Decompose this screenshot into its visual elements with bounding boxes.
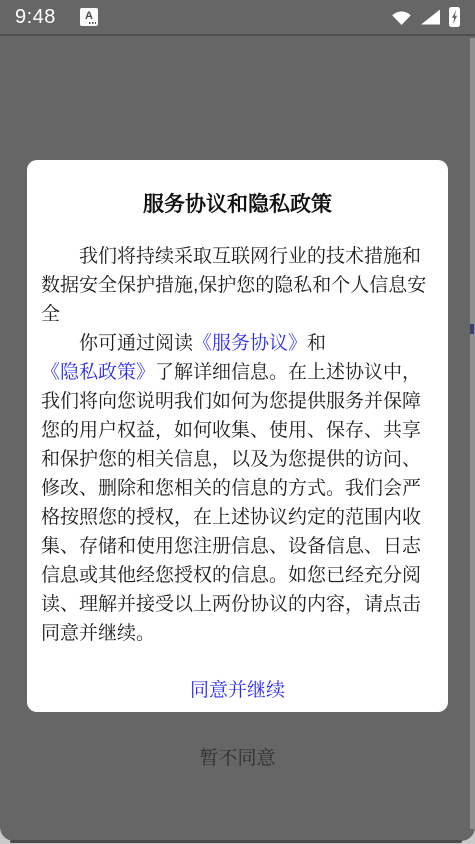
dialog-body: 我们将持续采取互联网行业的技术措施和数据安全保护措施,保护您的隐私和个人信息安全… (41, 242, 434, 648)
service-agreement-link[interactable]: 《服务协议》 (193, 333, 307, 354)
status-bar-right-icons (391, 7, 460, 27)
status-bar: 9:48 A (0, 0, 475, 36)
paragraph-security: 我们将持续采取互联网行业的技术措施和数据安全保护措施,保护您的隐私和个人信息安全 (41, 242, 434, 329)
phone-screen: 9:48 A 服务协议和 (0, 0, 475, 844)
app-notification-icon: A (80, 8, 98, 26)
paragraph2-prefix: 你可通过阅读 (79, 333, 193, 354)
notification-letter: A (85, 11, 93, 22)
background-content-artifact (470, 324, 474, 334)
wifi-icon (391, 9, 412, 26)
paragraph-details: 你可通过阅读《服务协议》和《隐私政策》了解详细信息。在上述协议中，我们将向您说明… (41, 329, 434, 648)
paragraph2-and: 和 (307, 333, 326, 354)
privacy-policy-dialog: 服务协议和隐私政策 我们将持续采取互联网行业的技术措施和数据安全保护措施,保护您… (27, 160, 448, 712)
disagree-button[interactable]: 暂不同意 (41, 743, 434, 770)
bottom-edge-line (10, 840, 462, 843)
dialog-title: 服务协议和隐私政策 (41, 188, 434, 218)
cellular-signal-icon (421, 10, 440, 25)
battery-charging-icon (449, 7, 460, 27)
privacy-policy-link[interactable]: 《隐私政策》 (41, 362, 155, 383)
notification-dots (89, 22, 96, 24)
agree-continue-button[interactable]: 同意并继续 (41, 675, 434, 702)
paragraph2-rest: 了解详细信息。在上述协议中，我们将向您说明我们如何为您提供服务并保障您的用户权益… (41, 362, 421, 644)
dimmed-app-background: 9:48 A 服务协议和 (0, 0, 475, 841)
background-scroll-strip (470, 38, 475, 829)
status-clock: 9:48 (15, 6, 56, 29)
